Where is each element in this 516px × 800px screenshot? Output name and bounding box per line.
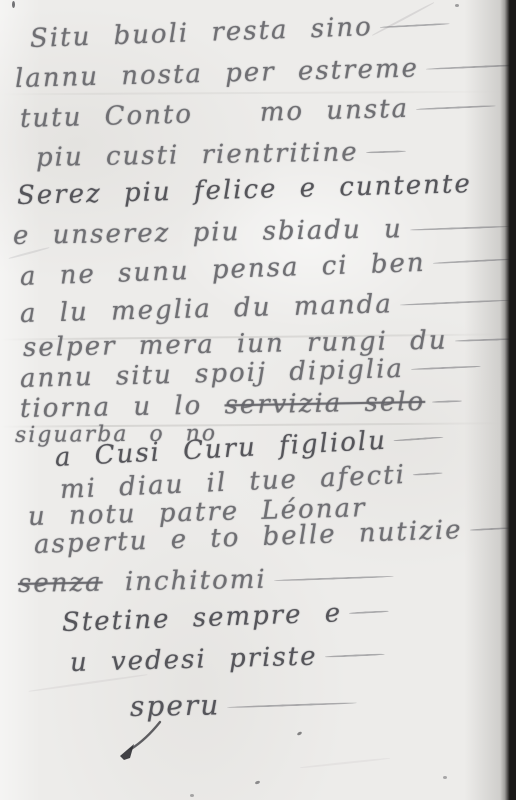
line-text: speru [130, 688, 221, 723]
line-text: tutu Conto mo unsta [20, 94, 410, 134]
handwriting-line: u vedesi priste [70, 640, 385, 678]
pen-flourish [274, 575, 394, 581]
line-text: tiorna u lo [20, 390, 225, 424]
line-text: Stetine sempre e [61, 598, 342, 638]
ghost-stroke [300, 757, 390, 768]
pen-flourish [349, 610, 389, 614]
pen-flourish [413, 472, 443, 476]
scan-edge-strip [500, 0, 516, 800]
line-text: Situ buoli resta sino [29, 12, 373, 54]
line-text-struck: servizia selo [224, 387, 425, 420]
line-text: Serez piu felice e cuntente [17, 169, 473, 211]
line-text: u vedesi priste [70, 642, 318, 678]
handwriting-line: tiorna u lo servizia selo [20, 386, 463, 424]
ink-speck [297, 731, 303, 736]
pen-flourish [416, 105, 496, 110]
handwriting-line: Serez piu felice e cuntente [17, 169, 473, 211]
line-text: inchitomi [102, 565, 267, 598]
pen-flourish [411, 365, 481, 370]
pen-flourish [400, 299, 510, 306]
line-text-struck: senza [18, 568, 103, 599]
handwriting-line: a lu meglia du manda [20, 286, 510, 329]
handwriting-line: Situ buoli resta sino [29, 9, 450, 54]
handwriting-line: tutu Conto mo unsta [20, 92, 497, 134]
line-text: piu custi rientritine [36, 137, 359, 173]
ink-speck [455, 4, 459, 7]
ink-speck [255, 780, 261, 785]
line-text: a ne sunu pensa ci ben [19, 248, 426, 292]
pen-flourish [410, 225, 510, 230]
ink-speck [443, 776, 447, 779]
line-text: lannu nosta per estreme [15, 53, 420, 94]
handwriting-line: e unserez piu sbiadu u [13, 212, 510, 251]
pen-flourish [394, 436, 444, 441]
pen-flourish [366, 150, 406, 153]
pen-flourish [380, 23, 450, 29]
pen-flourish [324, 653, 384, 658]
scanned-letter-page: Situ buoli resta sino lannu nosta per es… [0, 0, 516, 800]
handwriting-line: lannu nosta per estreme [15, 51, 516, 94]
handwriting-line: piu custi rientritine [36, 137, 406, 173]
handwriting-line: speru [130, 686, 358, 723]
handwriting-line: senza inchitomi [18, 562, 394, 599]
ink-speck [190, 794, 194, 797]
pen-flourish [432, 400, 462, 403]
ink-blot-flourish [116, 720, 172, 764]
line-text: a lu meglia du manda [20, 289, 394, 329]
pen-flourish [227, 702, 357, 709]
handwriting-line: a ne sunu pensa ci ben [19, 245, 513, 292]
line-text: e unserez piu sbiadu u [13, 214, 403, 251]
ink-speck [12, 1, 15, 8]
handwriting-line: Stetine sempre e [61, 597, 389, 638]
